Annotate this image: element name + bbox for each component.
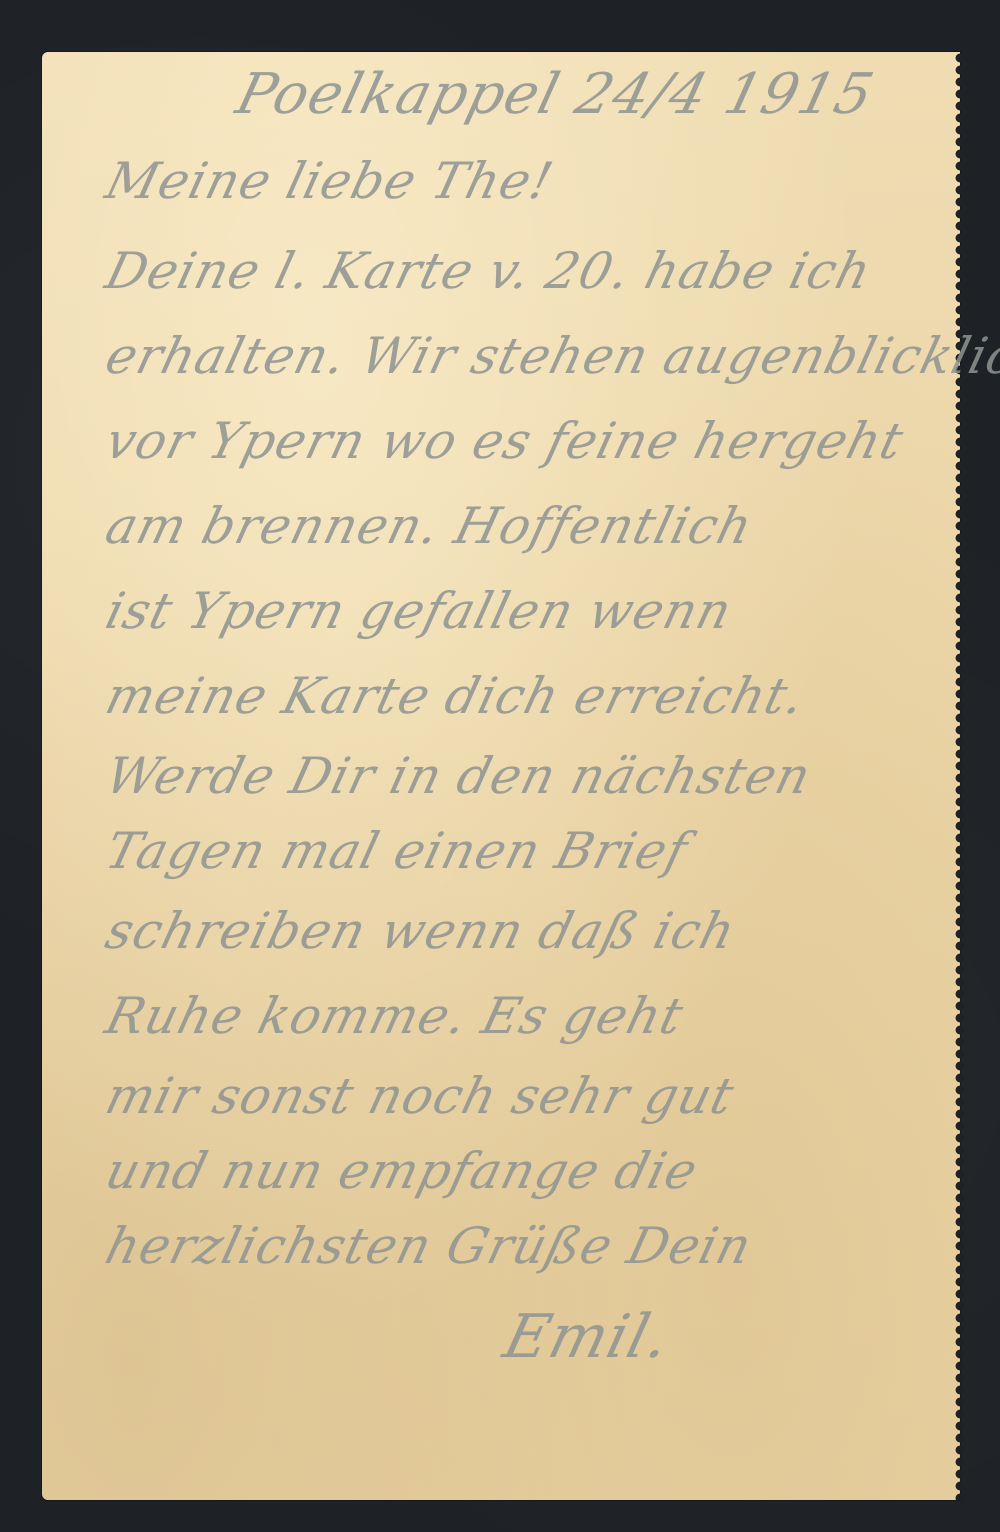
postcard: Poelkappel 24/4 1915 Meine liebe The! De… <box>42 52 960 1500</box>
body-line: und nun empfange die <box>100 1142 704 1200</box>
body-line: mir sonst noch sehr gut <box>100 1067 740 1125</box>
body-line: ist Ypern gefallen wenn <box>100 582 738 640</box>
place-and-date: Poelkappel 24/4 1915 <box>230 62 880 127</box>
body-line: vor Ypern wo es feine hergeht <box>100 412 910 470</box>
body-line: Tagen mal einen Brief <box>100 822 694 880</box>
handwritten-text: Poelkappel 24/4 1915 Meine liebe The! De… <box>42 52 960 1500</box>
body-line: schreiben wenn daß ich <box>100 902 741 960</box>
body-line: herzlichsten Grüße Dein <box>100 1217 758 1275</box>
body-line: Deine l. Karte v. 20. habe ich <box>100 242 877 300</box>
body-line: am brennen. Hoffentlich <box>100 497 759 555</box>
body-line: Ruhe komme. Es geht <box>100 987 690 1045</box>
body-line: meine Karte dich erreicht. <box>100 667 811 725</box>
body-line: erhalten. Wir stehen augenblicklich <box>100 327 1000 385</box>
signature: Emil. <box>497 1302 678 1372</box>
body-line: Werde Dir in den nächsten <box>100 747 817 805</box>
salutation: Meine liebe The! <box>100 152 559 210</box>
